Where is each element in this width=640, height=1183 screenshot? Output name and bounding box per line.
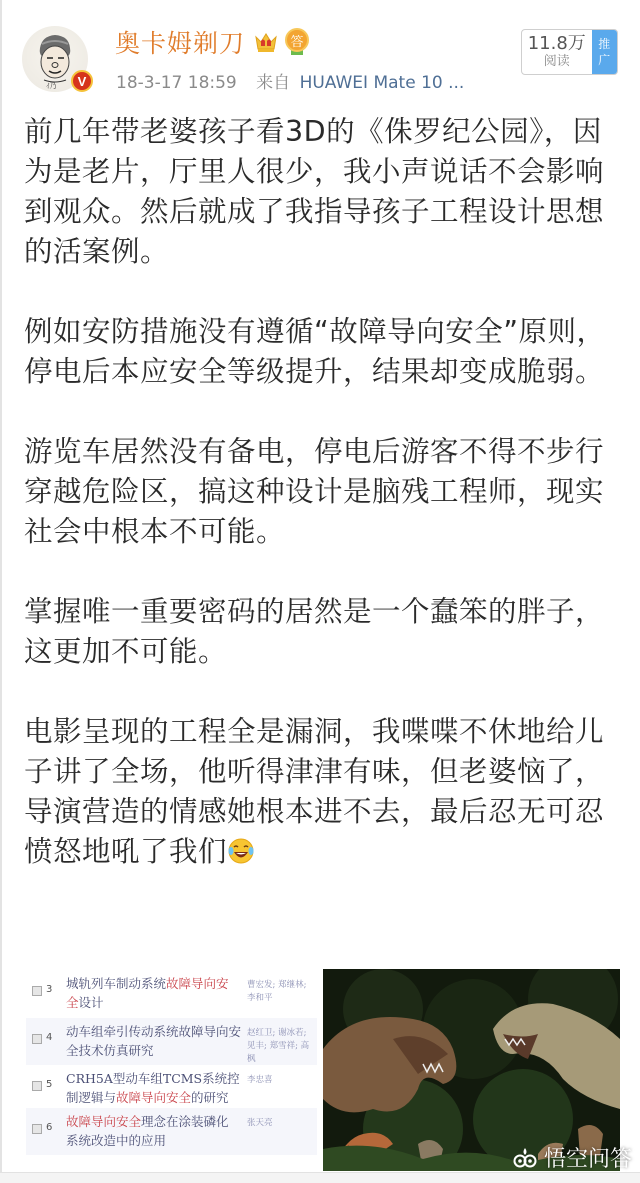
watermark: 悟空问答: [512, 1142, 632, 1173]
verified-badge-icon: V: [71, 70, 93, 92]
paper-authors: 赵红卫; 谢冰若; 见丰; 郑雪祥; 高枫: [241, 1018, 315, 1065]
post-meta: 18-3-17 18:59 来自 HUAWEI Mate 10 ...: [116, 68, 464, 93]
dinosaur-photo: [323, 969, 620, 1171]
paragraph-3: 游览车居然没有备电，停电后游客不得不步行穿越危险区，搞这种设计是脑残工程师，现实…: [24, 432, 624, 552]
laughing-crying-emoji-icon: [227, 837, 255, 865]
paper-title: 动车组牵引传动系统故障导向安全技术仿真研究: [66, 1018, 241, 1065]
paper-authors: 曹宏发; 郑继林; 李和平: [241, 970, 315, 1017]
paper-checkbox: [32, 986, 42, 996]
paper-checkbox: [32, 1081, 42, 1091]
read-count-box: 11.8万 阅读 推 广: [521, 29, 618, 75]
timestamp: 18-3-17 18:59: [116, 73, 237, 93]
paragraph-1: 前几年带老婆孩子看3D的《侏罗纪公园》，因为是老片，厅里人很少，我小声说话不会影…: [24, 112, 624, 272]
paper-title: 故障导向安全理念在涂装磷化系统改造中的应用: [66, 1108, 241, 1155]
device-link[interactable]: HUAWEI Mate 10 ...: [300, 73, 465, 93]
paper-authors: 李忠喜: [241, 1065, 315, 1112]
promote-button[interactable]: 推 广: [592, 30, 617, 74]
paper-title: CRH5A型动车组TCMS系统控制逻辑与故障导向安全的研究: [66, 1065, 241, 1112]
paragraph-5: 电影呈现的工程全是漏洞，我喋喋不休地给儿子讲了全场，他听得津津有味，但老婆恼了，…: [24, 712, 624, 872]
dinosaur-scene-icon: [323, 969, 620, 1171]
svg-text:ｲ乃: ｲ乃: [46, 82, 57, 90]
paper-checkbox: [32, 1124, 42, 1134]
bottom-bar: [0, 1172, 640, 1183]
wukong-logo-icon: [512, 1147, 538, 1169]
read-count: 11.8万 阅读: [522, 30, 592, 74]
answer-badge-icon: 答: [285, 28, 309, 56]
username-row: 奥卡姆剃刀 答: [115, 24, 309, 60]
paragraph-4: 掌握唯一重要密码的居然是一个蠢笨的胖子，这更加不可能。: [24, 592, 624, 672]
read-count-label: 阅读: [544, 54, 570, 70]
source-label: 来自: [256, 73, 290, 93]
post-header: ｲ乃 V 奥卡姆剃刀 答 18-3-17 18:59 来自 HUAWEI Mat…: [0, 0, 640, 100]
post-image[interactable]: 3 城轨列车制动系统故障导向安全设计 曹宏发; 郑继林; 李和平 4 动车组牵引…: [26, 968, 620, 1171]
paper-authors: 张天亮: [241, 1108, 315, 1155]
paper-checkbox: [32, 1034, 42, 1044]
paper-title: 城轨列车制动系统故障导向安全设计: [66, 970, 241, 1017]
paper-list: 3 城轨列车制动系统故障导向安全设计 曹宏发; 郑继林; 李和平 4 动车组牵引…: [26, 968, 317, 1171]
paper-row: 6 故障导向安全理念在涂装磷化系统改造中的应用 张天亮: [26, 1108, 317, 1155]
username[interactable]: 奥卡姆剃刀: [115, 24, 245, 60]
paper-row: 4 动车组牵引传动系统故障导向安全技术仿真研究 赵红卫; 谢冰若; 见丰; 郑雪…: [26, 1018, 317, 1065]
read-count-value: 11.8万: [528, 34, 586, 54]
paper-row: 5 CRH5A型动车组TCMS系统控制逻辑与故障导向安全的研究 李忠喜: [26, 1065, 317, 1112]
paper-row: 3 城轨列车制动系统故障导向安全设计 曹宏发; 郑继林; 李和平: [26, 970, 317, 1017]
crown-icon: [253, 29, 279, 55]
post-body: 前几年带老婆孩子看3D的《侏罗纪公园》，因为是老片，厅里人很少，我小声说话不会影…: [24, 112, 624, 912]
paragraph-2: 例如安防措施没有遵循“故障导向安全”原则，停电后本应安全等级提升，结果却变成脆弱…: [24, 312, 624, 392]
